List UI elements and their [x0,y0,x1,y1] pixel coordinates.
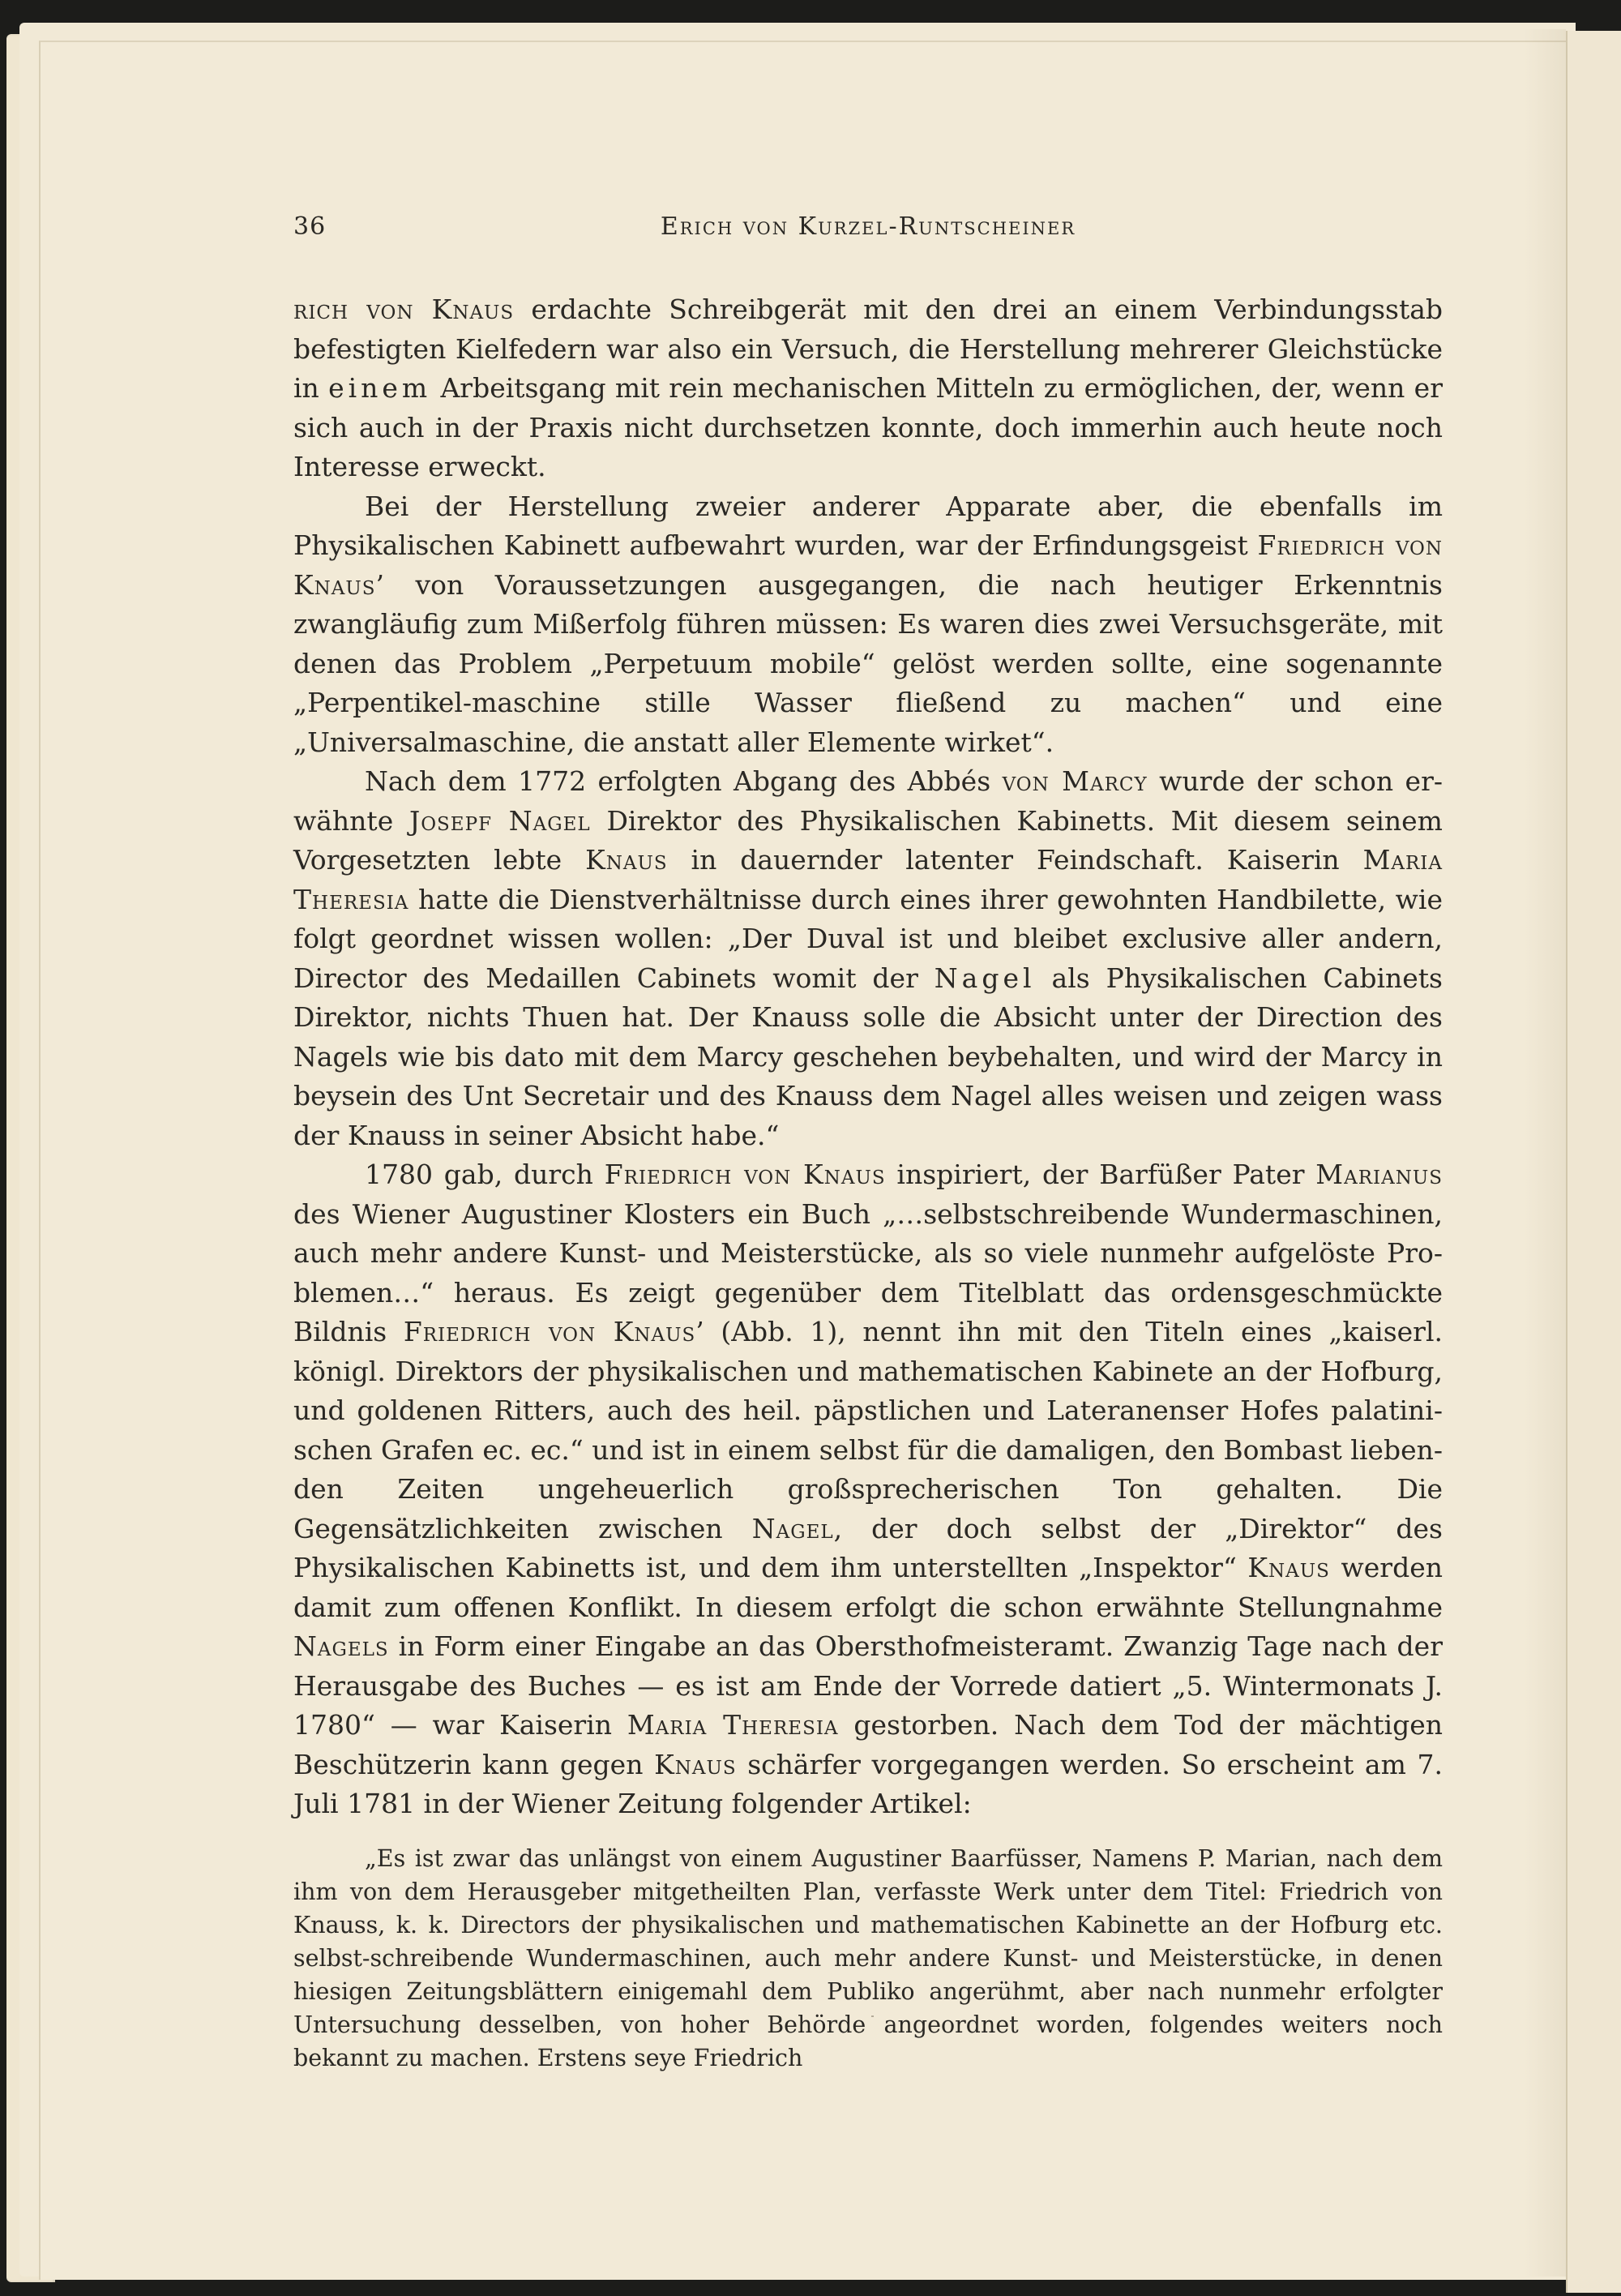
paragraph: rich von Knaus erdachte Schreibgerät mit… [293,290,1443,487]
text-run: Arbeitsgang mit rein mechanischen Mittel… [293,372,1443,482]
name-small-caps: Friedrich von Knaus [605,1159,886,1190]
name-small-caps: Friedrich von Knaus [404,1316,695,1347]
text-run: ’ (Abb. 1), nennt ihn mit den Titeln ein… [293,1316,1443,1544]
text-run: 1780 gab, durch [365,1159,605,1190]
text-run: inspiriert, der Barfüßer Pater [886,1159,1316,1190]
name-small-caps: rich von Knaus [293,293,514,325]
page-content: 36 Erich von Kurzel-Runtscheiner rich vo… [293,212,1443,2075]
name-small-caps: Knaus [1247,1552,1330,1583]
running-head: 36 Erich von Kurzel-Runtscheiner [293,212,1443,253]
text-run: in dauernder latenter Feindschaft. Kaise… [668,844,1363,876]
paragraph: Nach dem 1772 erfolgten Abgang des Abbés… [293,762,1443,1155]
quotation-text: „Es ist zwar das unlängst von einem Augu… [293,1842,1443,2075]
text-run: ’ von Voraussetzungen ausgegangen, die n… [293,569,1443,758]
name-small-caps: Nagel [752,1513,834,1544]
text-run: Nach dem 1772 erfolgten Abgang des Abbés [365,765,1003,797]
spaced-emphasis: Nagel [935,962,1036,994]
name-small-caps: Maria Theresia [627,1709,839,1741]
body-text: rich von Knaus erdachte Schreibgerät mit… [293,290,1443,1824]
paragraph: 1780 gab, durch Friedrich von Knaus insp… [293,1155,1443,1824]
gutter-shadow [1524,29,1566,2277]
paragraph: Bei der Herstellung zweier anderer Appar… [293,487,1443,763]
name-small-caps: von Marcy [1003,765,1148,797]
running-title: Erich von Kurzel-Runtscheiner [293,212,1443,241]
block-quotation: „Es ist zwar das unlängst von einem Augu… [293,1842,1443,2075]
name-small-caps: Knaus [654,1749,737,1780]
name-small-caps: Knaus [585,844,668,876]
facing-page-edge [1566,31,1621,2293]
name-small-caps: Marianus [1315,1159,1443,1190]
spaced-emphasis: einem [328,372,431,404]
name-small-caps: Josepf Nagel [409,805,591,837]
name-small-caps: Nagels [293,1630,389,1662]
